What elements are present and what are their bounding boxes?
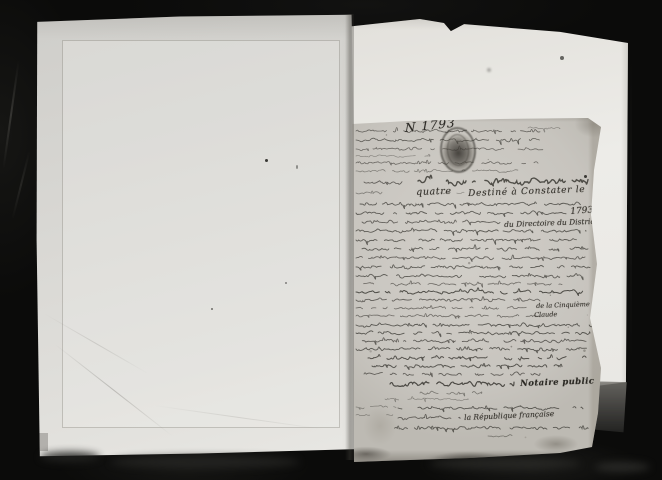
scratch-streak	[12, 151, 31, 219]
scratch-streak	[630, 60, 632, 360]
gutter-seam	[345, 14, 354, 460]
corner-shadow	[30, 433, 48, 451]
fragment-quatre: quatre	[416, 186, 452, 198]
plate-mark-border	[62, 40, 340, 428]
stain-spot	[487, 68, 491, 72]
left-blank-page	[34, 13, 358, 458]
fragment-claude: Claude	[534, 310, 557, 319]
book-edge-shadow	[430, 458, 580, 469]
ink-speck	[211, 308, 213, 310]
scratch-streak	[2, 60, 19, 169]
ink-speck	[285, 282, 287, 284]
book-edge-shadow	[110, 456, 300, 468]
book-edge-shadow	[595, 462, 650, 472]
fragment-year-1793: 1793	[570, 205, 594, 217]
archive-scan-photo: N 1793 quatre Destiné à Constater le 179…	[0, 0, 662, 480]
ink-speck	[265, 159, 268, 162]
stain-spot	[560, 56, 564, 60]
book-edge-shadow	[40, 452, 100, 462]
ink-speck	[584, 175, 587, 178]
ink-speck	[296, 165, 298, 169]
